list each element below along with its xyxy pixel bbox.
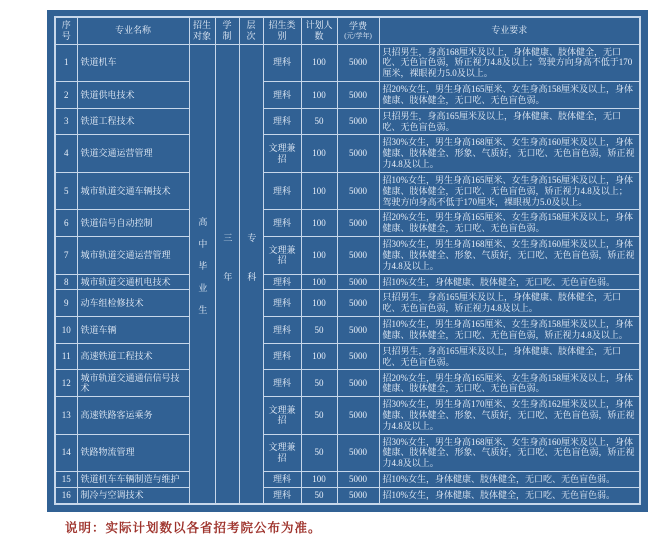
tuition-cell: 5000 — [337, 370, 379, 397]
category-cell: 理科 — [263, 44, 301, 82]
header-category: 招生类别 — [263, 17, 301, 44]
requirements-cell: 招10%女生，身体健康、肢体健全，无口吃、无色盲色弱。 — [379, 274, 640, 290]
header-level: 层次 — [239, 17, 263, 44]
table-row: 4铁道交通运营管理文理兼招1005000招30%女生，男生身高168厘米、女生身… — [55, 135, 640, 173]
tuition-cell: 5000 — [337, 135, 379, 173]
row-number-cell: 2 — [55, 82, 77, 109]
row-number-cell: 3 — [55, 108, 77, 135]
table-row: 11高速铁道工程技术理科1005000只招男生，身高165厘米及以上，身体健康、… — [55, 343, 640, 370]
duration-cell: 三年 — [215, 44, 239, 504]
tuition-cell: 5000 — [337, 472, 379, 488]
major-name-cell: 城市轨道交通车辆技术 — [77, 172, 189, 210]
tuition-cell: 5000 — [337, 274, 379, 290]
header-tuition-main: 学费 — [349, 21, 367, 31]
tuition-cell: 5000 — [337, 108, 379, 135]
plan-count-cell: 100 — [301, 472, 337, 488]
row-number-cell: 8 — [55, 274, 77, 290]
plan-count-cell: 100 — [301, 135, 337, 173]
major-name-cell: 高速铁道工程技术 — [77, 343, 189, 370]
major-name-cell: 制冷与空调技术 — [77, 487, 189, 504]
tuition-cell: 5000 — [337, 82, 379, 109]
requirements-cell: 招20%女生，男生身高165厘米、女生身高158厘米及以上，身体健康、肢体健全，… — [379, 210, 640, 237]
tuition-cell: 5000 — [337, 397, 379, 435]
major-name-cell: 城市轨道交通通信信号技术 — [77, 370, 189, 397]
requirements-cell: 招10%女生，身体健康、肢体健全，无口吃、无色盲色弱。 — [379, 472, 640, 488]
table-row: 8城市轨道交通机电技术理科1005000招10%女生，身体健康、肢体健全，无口吃… — [55, 274, 640, 290]
table-row: 3铁道工程技术理科505000只招男生，身高165厘米及以上，身体健康、肢体健全… — [55, 108, 640, 135]
admission-plan-table: 序号 专业名称 招生对象 学制 层次 招生类别 计划人数 学费(元/学年) 专业… — [54, 16, 641, 505]
category-cell: 理科 — [263, 172, 301, 210]
major-name-cell: 铁路物流管理 — [77, 434, 189, 472]
major-name-cell: 城市轨道交通运营管理 — [77, 237, 189, 275]
table-body: 1铁道机车高中毕业生三年专科理科1005000只招男生，身高168厘米及以上，身… — [55, 44, 640, 504]
header-major: 专业名称 — [77, 17, 189, 44]
table-row: 14铁路物流管理文理兼招505000招30%女生，男生身高168厘米、女生身高1… — [55, 434, 640, 472]
major-name-cell: 动车组检修技术 — [77, 290, 189, 317]
header-tuition: 学费(元/学年) — [337, 17, 379, 44]
table-row: 15铁道机车车辆制造与维护理科1005000招10%女生，身体健康、肢体健全，无… — [55, 472, 640, 488]
header-duration: 学制 — [215, 17, 239, 44]
table-row: 5城市轨道交通车辆技术理科1005000招10%女生，男生身高165厘米、女生身… — [55, 172, 640, 210]
requirements-cell: 招10%女生，男生身高165厘米、女生身高156厘米及以上，身体健康、肢体健全，… — [379, 172, 640, 210]
plan-count-cell: 100 — [301, 210, 337, 237]
tuition-cell: 5000 — [337, 44, 379, 82]
tuition-cell: 5000 — [337, 172, 379, 210]
category-cell: 理科 — [263, 343, 301, 370]
row-number-cell: 13 — [55, 397, 77, 435]
row-number-cell: 1 — [55, 44, 77, 82]
plan-count-cell: 100 — [301, 44, 337, 82]
plan-count-cell: 50 — [301, 487, 337, 504]
category-cell: 理科 — [263, 108, 301, 135]
requirements-cell: 招30%女生，男生身高170厘米、女生身高162厘米及以上，身体健康、肢体健全、… — [379, 397, 640, 435]
tuition-cell: 5000 — [337, 434, 379, 472]
category-cell: 理科 — [263, 82, 301, 109]
category-cell: 理科 — [263, 370, 301, 397]
requirements-cell: 招20%女生，男生身高165厘米、女生身高158厘米及以上，身体健康、肢体健全，… — [379, 82, 640, 109]
table-row: 6铁道信号自动控制理科1005000招20%女生，男生身高165厘米、女生身高1… — [55, 210, 640, 237]
requirements-cell: 只招男生，身高168厘米及以上，身体健康、肢体健全，无口吃、无色盲色弱，矫正视力… — [379, 44, 640, 82]
admission-plan-panel: 序号 专业名称 招生对象 学制 层次 招生类别 计划人数 学费(元/学年) 专业… — [47, 10, 648, 512]
row-number-cell: 6 — [55, 210, 77, 237]
header-target: 招生对象 — [189, 17, 215, 44]
requirements-cell: 只招男生，身高165厘米及以上，身体健康、肢体健全，无口吃、无色盲色弱，矫正视力… — [379, 290, 640, 317]
major-name-cell: 铁道供电技术 — [77, 82, 189, 109]
row-number-cell: 15 — [55, 472, 77, 488]
table-row: 7城市轨道交通运营管理文理兼招1005000招30%女生，男生身高168厘米、女… — [55, 237, 640, 275]
plan-count-cell: 100 — [301, 290, 337, 317]
row-number-cell: 14 — [55, 434, 77, 472]
row-number-cell: 11 — [55, 343, 77, 370]
category-cell: 文理兼招 — [263, 397, 301, 435]
plan-count-cell: 50 — [301, 108, 337, 135]
tuition-cell: 5000 — [337, 210, 379, 237]
requirements-cell: 招30%女生，男生身高168厘米、女生身高160厘米及以上，身体健康、肢体健全、… — [379, 237, 640, 275]
plan-count-cell: 100 — [301, 343, 337, 370]
tuition-cell: 5000 — [337, 487, 379, 504]
requirements-cell: 只招男生，身高165厘米及以上，身体健康、肢体健全，无口吃、无色盲色弱。 — [379, 343, 640, 370]
plan-count-cell: 100 — [301, 82, 337, 109]
table-row: 13高速铁路客运乘务文理兼招505000招30%女生，男生身高170厘米、女生身… — [55, 397, 640, 435]
category-cell: 文理兼招 — [263, 434, 301, 472]
row-number-cell: 5 — [55, 172, 77, 210]
plan-count-cell: 100 — [301, 172, 337, 210]
plan-count-cell: 50 — [301, 370, 337, 397]
header-no: 序号 — [55, 17, 77, 44]
plan-count-cell: 50 — [301, 434, 337, 472]
row-number-cell: 9 — [55, 290, 77, 317]
table-row: 9动车组检修技术理科1005000只招男生，身高165厘米及以上，身体健康、肢体… — [55, 290, 640, 317]
requirements-cell: 招30%女生，男生身高168厘米、女生身高160厘米及以上，身体健康、肢体健全、… — [379, 434, 640, 472]
row-number-cell: 10 — [55, 317, 77, 344]
plan-count-cell: 50 — [301, 317, 337, 344]
category-cell: 理科 — [263, 317, 301, 344]
table-row: 10铁道车辆理科505000招10%女生，男生身高165厘米、女生身高158厘米… — [55, 317, 640, 344]
table-row: 1铁道机车高中毕业生三年专科理科1005000只招男生，身高168厘米及以上，身… — [55, 44, 640, 82]
row-number-cell: 16 — [55, 487, 77, 504]
enrollment-target-cell: 高中毕业生 — [189, 44, 215, 504]
requirements-cell: 招30%女生，男生身高168厘米、女生身高160厘米及以上，身体健康、肢体健全、… — [379, 135, 640, 173]
major-name-cell: 铁道工程技术 — [77, 108, 189, 135]
category-cell: 理科 — [263, 274, 301, 290]
table-row: 16制冷与空调技术理科505000招10%女生，身体健康、肢体健全，无口吃、无色… — [55, 487, 640, 504]
footnote: 说明：实际计划数以各省招考院公布为准。 — [65, 518, 322, 536]
category-cell: 文理兼招 — [263, 135, 301, 173]
header-plan-count: 计划人数 — [301, 17, 337, 44]
plan-count-cell: 100 — [301, 274, 337, 290]
plan-count-cell: 100 — [301, 237, 337, 275]
category-cell: 理科 — [263, 472, 301, 488]
level-cell: 专科 — [239, 44, 263, 504]
header-tuition-sub: (元/学年) — [341, 32, 376, 40]
major-name-cell: 铁道车辆 — [77, 317, 189, 344]
tuition-cell: 5000 — [337, 317, 379, 344]
tuition-cell: 5000 — [337, 237, 379, 275]
category-cell: 理科 — [263, 290, 301, 317]
category-cell: 理科 — [263, 487, 301, 504]
major-name-cell: 城市轨道交通机电技术 — [77, 274, 189, 290]
tuition-cell: 5000 — [337, 290, 379, 317]
row-number-cell: 12 — [55, 370, 77, 397]
requirements-cell: 招20%女生，男生身高165厘米、女生身高158厘米及以上，身体健康、肢体健全，… — [379, 370, 640, 397]
requirements-cell: 招10%女生，身体健康、肢体健全，无口吃、无色盲色弱。 — [379, 487, 640, 504]
table-row: 12城市轨道交通通信信号技术理科505000招20%女生，男生身高165厘米、女… — [55, 370, 640, 397]
row-number-cell: 4 — [55, 135, 77, 173]
requirements-cell: 只招男生，身高165厘米及以上，身体健康、肢体健全，无口吃、无色盲色弱。 — [379, 108, 640, 135]
row-number-cell: 7 — [55, 237, 77, 275]
major-name-cell: 铁道机车车辆制造与维护 — [77, 472, 189, 488]
table-header-row: 序号 专业名称 招生对象 学制 层次 招生类别 计划人数 学费(元/学年) 专业… — [55, 17, 640, 44]
major-name-cell: 高速铁路客运乘务 — [77, 397, 189, 435]
plan-count-cell: 50 — [301, 397, 337, 435]
major-name-cell: 铁道信号自动控制 — [77, 210, 189, 237]
tuition-cell: 5000 — [337, 343, 379, 370]
header-requirements: 专业要求 — [379, 17, 640, 44]
category-cell: 文理兼招 — [263, 237, 301, 275]
requirements-cell: 招10%女生，男生身高165厘米、女生身高158厘米及以上，身体健康、肢体健全，… — [379, 317, 640, 344]
category-cell: 理科 — [263, 210, 301, 237]
major-name-cell: 铁道机车 — [77, 44, 189, 82]
table-row: 2铁道供电技术理科1005000招20%女生，男生身高165厘米、女生身高158… — [55, 82, 640, 109]
major-name-cell: 铁道交通运营管理 — [77, 135, 189, 173]
